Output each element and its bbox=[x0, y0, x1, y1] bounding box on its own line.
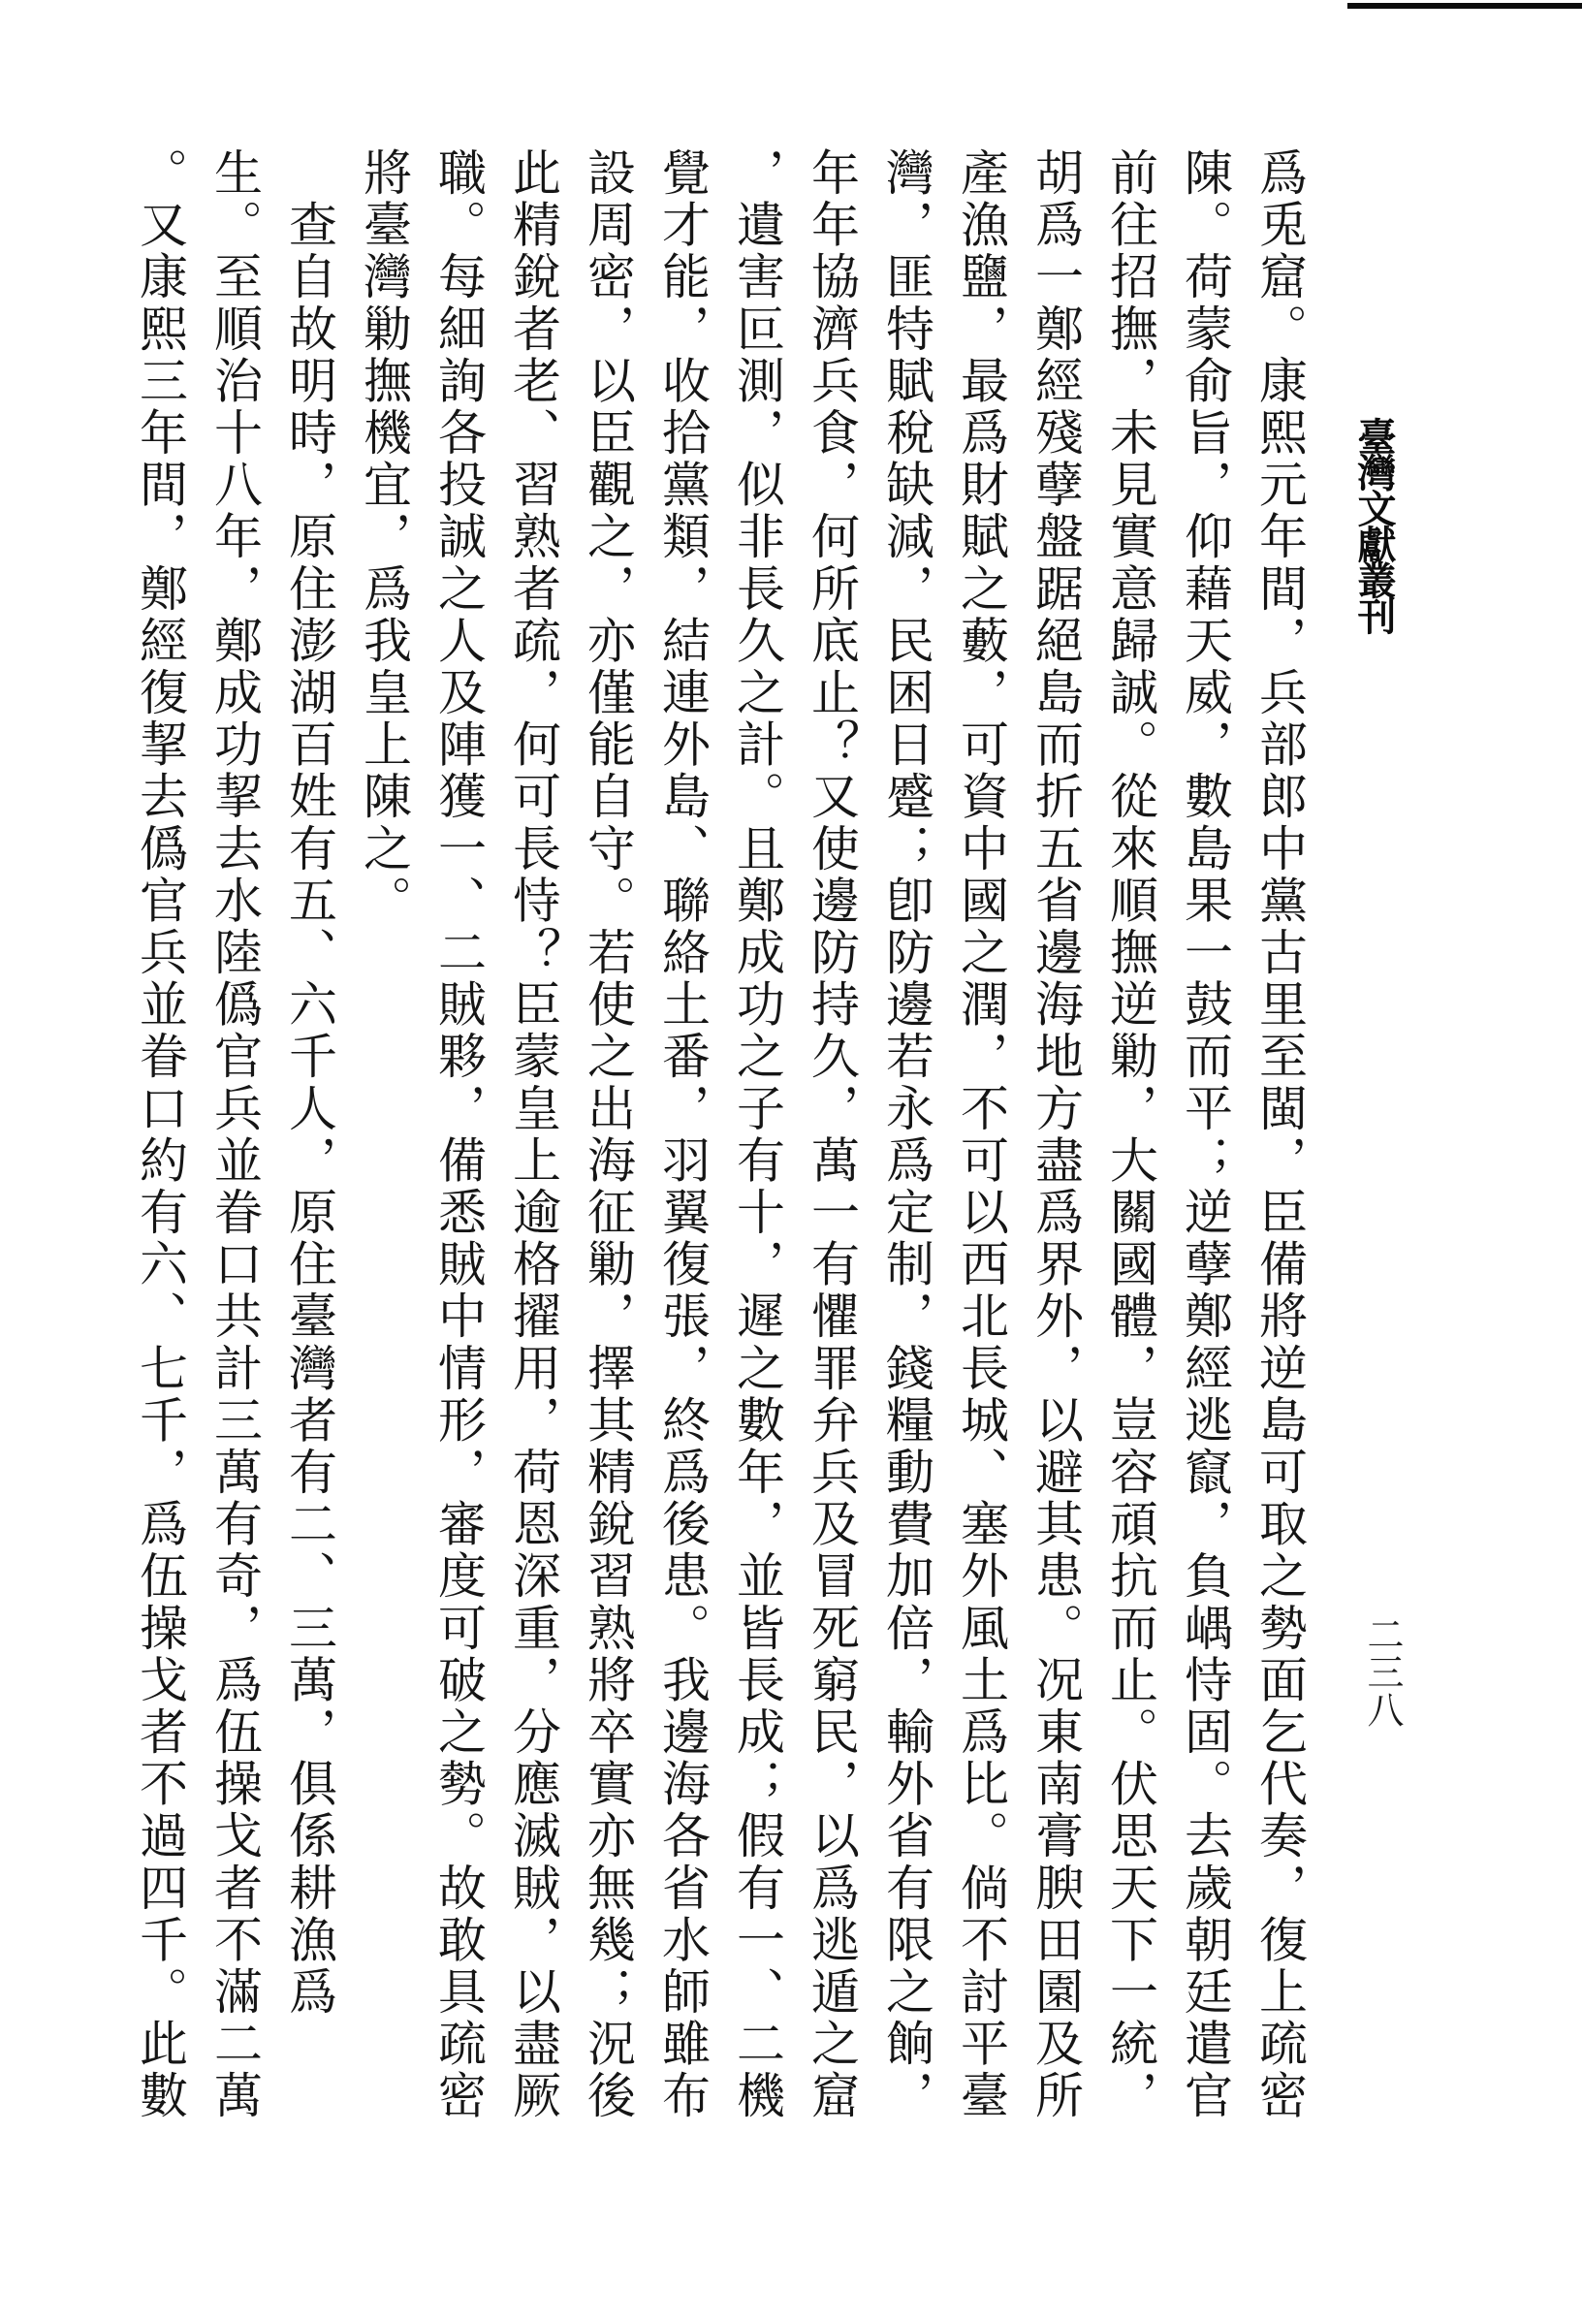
text-column-10: 設周密，以臣觀之，亦僅能自守。若使之出海征勦，擇其精銳習熟將卒實亦無幾；況後 bbox=[570, 147, 645, 2145]
text-column-8: ，遺害叵測，似非長久之計。且鄭成功之子有十，遲之數年，並皆長成；假有一、二機 bbox=[719, 147, 794, 2145]
page-top-rule bbox=[1347, 3, 1582, 9]
text-column-7: 年年協濟兵食，何所底止？又使邊防持久，萬一有懼罪弁兵及冒死窮民，以爲逃遁之窟 bbox=[794, 147, 869, 2145]
text-column-13: 將臺灣勦撫機宜，爲我皇上陳之。 bbox=[346, 147, 421, 2145]
page-number: 二三八 bbox=[1355, 1615, 1408, 1729]
text-column-12: 職。每細詢各投誠之人及陣獲一、二賊夥，備悉賊中情形，審度可破之勢。故敢具疏密 bbox=[421, 147, 495, 2145]
text-block: 爲兎窟。康熙元年間，兵部郎中黨古里至閩，臣備將逆島可取之勢面乞代奏，復上疏密 陳… bbox=[122, 147, 1316, 2145]
text-column-14: 查自故明時，原住澎湖百姓有五、六千人，原住臺灣者有二、三萬，俱係耕漁爲 bbox=[271, 147, 346, 2145]
text-column-5: 產漁鹽，最爲財賦之藪，可資中國之潤，不可以西北長城、塞外風土爲比。倘不討平臺 bbox=[943, 147, 1018, 2145]
text-column-2: 陳。荷蒙俞旨，仰藉天威，數島果一鼓而平；逆孽鄭經逃竄，負嵎恃固。去歲朝廷遣官 bbox=[1167, 147, 1242, 2145]
running-title: 臺灣文獻叢刊 bbox=[1346, 417, 1402, 632]
text-column-11: 此精銳者老、習熟者疏，何可長恃？臣蒙皇上逾格擢用，荷恩深重，分應滅賊，以盡厥 bbox=[495, 147, 570, 2145]
text-column-15: 生。至順治十八年，鄭成功挈去水陸僞官兵並眷口共計三萬有奇，爲伍操戈者不滿二萬 bbox=[197, 147, 271, 2145]
text-column-1: 爲兎窟。康熙元年間，兵部郎中黨古里至閩，臣備將逆島可取之勢面乞代奏，復上疏密 bbox=[1242, 147, 1316, 2145]
text-column-3: 前往招撫，未見實意歸誠。從來順撫逆勦，大關國體，豈容頑抗而止。伏思天下一統， bbox=[1092, 147, 1167, 2145]
text-column-9: 覺才能，收拾黨類，結連外島、聯絡土番，羽翼復張，終爲後患。我邊海各省水師雖布 bbox=[645, 147, 719, 2145]
text-column-6: 灣，匪特賦稅缺減，民困日蹙；卽防邊若永爲定制，錢糧動費加倍，輸外省有限之餉， bbox=[869, 147, 943, 2145]
scanned-page: { "doc": { "margin_title": "臺灣文獻叢刊", "pa… bbox=[0, 0, 1582, 2324]
text-column-16: 。又康熙三年間，鄭經復挈去僞官兵並眷口約有六、七千，爲伍操戈者不過四千。此數 bbox=[122, 147, 197, 2145]
text-column-4: 胡爲一鄭經殘孽盤踞絕島而折五省邊海地方盡爲界外，以避其患。况東南膏腴田園及所 bbox=[1018, 147, 1092, 2145]
